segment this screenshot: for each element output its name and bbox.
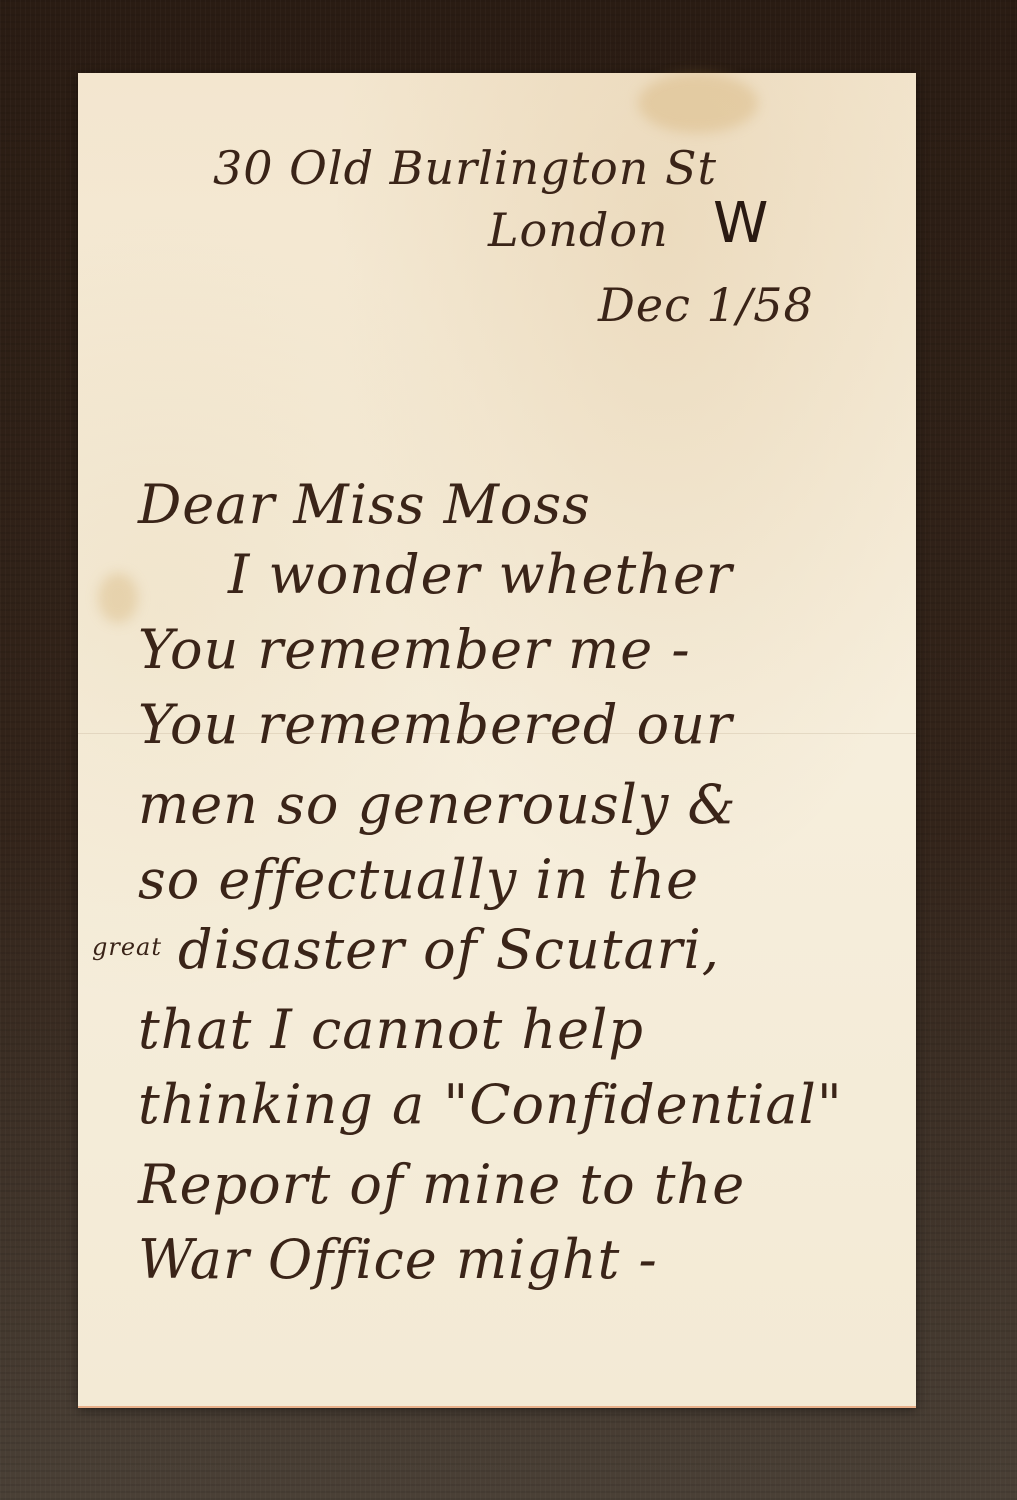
postal-district-mark: W (713, 191, 768, 256)
paper-stain (98, 573, 138, 623)
body-line-4: men so generously & (138, 773, 737, 836)
salutation: Dear Miss Moss (138, 473, 591, 536)
margin-insertion: great (92, 933, 162, 961)
body-line-2: You remember me - (138, 618, 691, 681)
body-line-5: so effectually in the (138, 848, 699, 911)
letter-page: 30 Old Burlington St London W Dec 1/58 D… (78, 73, 916, 1408)
body-line-1: I wonder whether (228, 543, 733, 606)
body-line-3: You remembered our (138, 693, 733, 756)
body-line-9: Report of mine to the (138, 1153, 745, 1216)
body-line-6: disaster of Scutari, (178, 918, 720, 981)
body-line-8: thinking a "Confidential" (138, 1073, 843, 1136)
body-line-10: War Office might - (138, 1228, 658, 1291)
paper-stain (638, 73, 758, 133)
body-line-7: that I cannot help (138, 998, 644, 1061)
address-line-2: London (488, 203, 669, 257)
address-line-1: 30 Old Burlington St (213, 141, 717, 195)
letter-date: Dec 1/58 (598, 278, 814, 332)
